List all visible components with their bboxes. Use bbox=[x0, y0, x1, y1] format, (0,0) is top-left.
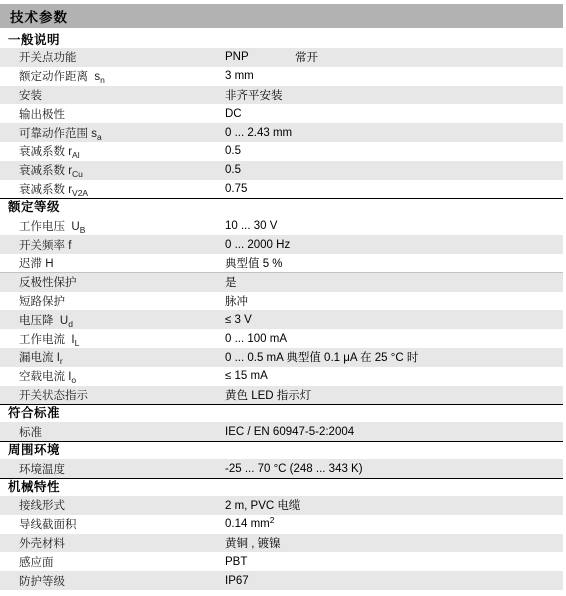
spec-value: IEC / EN 60947-5-2:2004 bbox=[225, 426, 354, 438]
spec-value-secondary: 常开 bbox=[295, 49, 318, 65]
spec-label: 开关状态指示 bbox=[0, 387, 225, 403]
section-header: 机械特性 bbox=[0, 478, 563, 496]
spec-section: 机械特性接线形式2 m, PVC 电缆导线截面积0.14 mm2外壳材料黄铜 ,… bbox=[0, 478, 566, 590]
spec-row: 工作电流 IL0 ... 100 mA bbox=[0, 329, 563, 348]
spec-row: 反极性保护是 bbox=[0, 273, 563, 292]
spec-value: 0 ... 2000 Hz bbox=[225, 239, 290, 251]
spec-label-text: 导线截面积 bbox=[19, 519, 77, 531]
spec-row: 标准IEC / EN 60947-5-2:2004 bbox=[0, 422, 563, 441]
spec-label-text: 外壳材料 bbox=[19, 538, 65, 550]
spec-value: 0.5 bbox=[225, 164, 241, 176]
spec-label-text: 感应面 bbox=[19, 557, 54, 569]
spec-label-text: 衰减系数 r bbox=[19, 165, 72, 177]
spec-row: 开关频率 f0 ... 2000 Hz bbox=[0, 235, 563, 254]
spec-label: 导线截面积 bbox=[0, 516, 225, 532]
spec-value: ≤ 3 V bbox=[225, 314, 252, 326]
spec-label-text: 安装 bbox=[19, 90, 42, 102]
spec-label-text: 迟滞 H bbox=[19, 258, 54, 270]
spec-value: 0.5 bbox=[225, 145, 241, 157]
spec-row: 环境温度-25 ... 70 °C (248 ... 343 K) bbox=[0, 459, 563, 478]
spec-label: 感应面 bbox=[0, 554, 225, 570]
spec-label: 标准 bbox=[0, 424, 225, 440]
spec-row: 可靠动作范围 sa0 ... 2.43 mm bbox=[0, 123, 563, 142]
spec-label: 工作电流 IL bbox=[0, 331, 225, 347]
spec-label-subscript: B bbox=[80, 225, 86, 234]
spec-row: 短路保护脉冲 bbox=[0, 292, 563, 311]
spec-row: 衰减系数 rCu0.5 bbox=[0, 161, 563, 180]
spec-row: 输出极性DC bbox=[0, 104, 563, 123]
spec-label: 衰减系数 rCu bbox=[0, 162, 225, 178]
spec-value: 脉冲 bbox=[225, 293, 248, 309]
spec-label-text: 可靠动作范围 s bbox=[19, 128, 97, 140]
spec-label: 迟滞 H bbox=[0, 255, 225, 271]
spec-value: 0 ... 100 mA bbox=[225, 333, 287, 345]
spec-label-subscript: d bbox=[68, 319, 73, 328]
spec-label: 衰减系数 rAl bbox=[0, 143, 225, 159]
spec-label: 漏电流 Ir bbox=[0, 349, 225, 365]
spec-label-text: 额定动作距离 s bbox=[19, 71, 100, 83]
spec-label-text: 开关点功能 bbox=[19, 52, 77, 64]
spec-value: 2 m, PVC 电缆 bbox=[225, 497, 300, 513]
spec-value: 非齐平安装 bbox=[225, 87, 283, 103]
spec-value: 3 mm bbox=[225, 70, 254, 82]
spec-row: 衰减系数 rV2A0.75 bbox=[0, 180, 563, 199]
spec-row: 空载电流 Io≤ 15 mA bbox=[0, 367, 563, 386]
spec-label-text: 开关状态指示 bbox=[19, 390, 88, 402]
spec-value: 是 bbox=[225, 274, 237, 290]
spec-row: 电压降 Ud≤ 3 V bbox=[0, 310, 563, 329]
spec-label: 短路保护 bbox=[0, 293, 225, 309]
spec-label: 防护等级 bbox=[0, 573, 225, 589]
spec-value: PBT bbox=[225, 556, 247, 568]
spec-label-text: 衰减系数 r bbox=[19, 146, 72, 158]
spec-value: -25 ... 70 °C (248 ... 343 K) bbox=[225, 463, 363, 475]
spec-row: 防护等级IP67 bbox=[0, 571, 563, 590]
spec-label-subscript: Cu bbox=[72, 169, 83, 178]
spec-label: 接线形式 bbox=[0, 497, 225, 513]
spec-row: 导线截面积0.14 mm2 bbox=[0, 515, 563, 534]
spec-value: 黄色 LED 指示灯 bbox=[225, 387, 311, 403]
spec-label-subscript: V2A bbox=[72, 188, 88, 197]
spec-value: ≤ 15 mA bbox=[225, 370, 268, 382]
spec-label: 外壳材料 bbox=[0, 535, 225, 551]
spec-label: 空载电流 Io bbox=[0, 368, 225, 384]
spec-value: 0.75 bbox=[225, 183, 247, 195]
spec-label: 额定动作距离 sn bbox=[0, 68, 225, 84]
spec-row: 工作电压 UB10 ... 30 V bbox=[0, 216, 563, 235]
spec-value: 典型值 5 % bbox=[225, 255, 283, 271]
spec-label-text: 电压降 U bbox=[19, 315, 68, 327]
spec-value: 黄铜 , 镀镍 bbox=[225, 535, 281, 551]
spec-value: 10 ... 30 V bbox=[225, 220, 277, 232]
spec-label-text: 防护等级 bbox=[19, 576, 65, 588]
spec-value: 0 ... 2.43 mm bbox=[225, 127, 292, 139]
spec-label-text: 反极性保护 bbox=[19, 277, 77, 289]
spec-label: 工作电压 UB bbox=[0, 218, 225, 234]
spec-label-subscript: a bbox=[97, 132, 102, 141]
spec-value-superscript: 2 bbox=[270, 515, 275, 525]
spec-label-subscript: n bbox=[100, 75, 105, 84]
spec-label: 输出极性 bbox=[0, 106, 225, 122]
spec-label-text: 空载电流 I bbox=[19, 371, 71, 383]
spec-label-text: 接线形式 bbox=[19, 500, 65, 512]
spec-row: 衰减系数 rAl0.5 bbox=[0, 142, 563, 161]
spec-row: 接线形式2 m, PVC 电缆 bbox=[0, 496, 563, 515]
section-header: 一般说明 bbox=[0, 33, 563, 48]
spec-label: 开关频率 f bbox=[0, 237, 225, 253]
spec-label-text: 工作电流 I bbox=[19, 334, 75, 346]
spec-value: 0 ... 0.5 mA 典型值 0.1 μA 在 25 °C 时 bbox=[225, 349, 418, 365]
spec-label: 开关点功能 bbox=[0, 49, 225, 65]
spec-row: 外壳材料黄铜 , 镀镍 bbox=[0, 534, 563, 553]
spec-label: 可靠动作范围 sa bbox=[0, 125, 225, 141]
spec-label-subscript: r bbox=[60, 356, 63, 365]
spec-row: 迟滞 H典型值 5 % bbox=[0, 254, 563, 273]
spec-label: 反极性保护 bbox=[0, 274, 225, 290]
spec-section: 符合标准标准IEC / EN 60947-5-2:2004 bbox=[0, 404, 566, 441]
spec-row: 开关点功能PNP常开 bbox=[0, 48, 563, 67]
spec-label-text: 衰减系数 r bbox=[19, 184, 72, 196]
spec-label-text: 环境温度 bbox=[19, 464, 65, 476]
spec-label: 环境温度 bbox=[0, 461, 225, 477]
spec-label-text: 短路保护 bbox=[19, 296, 65, 308]
section-header: 周围环境 bbox=[0, 441, 563, 459]
spec-row: 漏电流 Ir0 ... 0.5 mA 典型值 0.1 μA 在 25 °C 时 bbox=[0, 348, 563, 367]
page-title: 技术参数 bbox=[10, 6, 68, 26]
spec-section: 周围环境环境温度-25 ... 70 °C (248 ... 343 K) bbox=[0, 441, 566, 478]
spec-label-subscript: Al bbox=[72, 150, 80, 159]
spec-label-subscript: L bbox=[75, 338, 80, 347]
title-band: 技术参数 bbox=[0, 4, 563, 28]
spec-label: 电压降 Ud bbox=[0, 312, 225, 328]
spec-section: 额定等级工作电压 UB10 ... 30 V开关频率 f0 ... 2000 H… bbox=[0, 198, 566, 404]
spec-value: PNP bbox=[225, 51, 295, 63]
spec-label-subscript: o bbox=[71, 375, 76, 384]
spec-value: 0.14 mm bbox=[225, 518, 270, 530]
spec-label: 衰减系数 rV2A bbox=[0, 181, 225, 197]
spec-label: 安装 bbox=[0, 87, 225, 103]
spec-row: 额定动作距离 sn3 mm bbox=[0, 67, 563, 86]
spec-label-text: 开关频率 f bbox=[19, 240, 71, 252]
spec-sections: 一般说明开关点功能PNP常开额定动作距离 sn3 mm安装非齐平安装输出极性DC… bbox=[0, 33, 566, 590]
spec-row: 开关状态指示黄色 LED 指示灯 bbox=[0, 386, 563, 405]
spec-label-text: 工作电压 U bbox=[19, 221, 80, 233]
spec-value: IP67 bbox=[225, 575, 249, 587]
spec-label-text: 标准 bbox=[19, 427, 42, 439]
spec-row: 安装非齐平安装 bbox=[0, 86, 563, 105]
spec-row: 感应面PBT bbox=[0, 552, 563, 571]
spec-label-text: 输出极性 bbox=[19, 109, 65, 121]
spec-value: DC bbox=[225, 108, 242, 120]
datasheet-page: 技术参数 一般说明开关点功能PNP常开额定动作距离 sn3 mm安装非齐平安装输… bbox=[0, 0, 566, 596]
section-header: 符合标准 bbox=[0, 404, 563, 422]
spec-label-text: 漏电流 I bbox=[19, 352, 60, 364]
section-header: 额定等级 bbox=[0, 198, 563, 216]
spec-section: 一般说明开关点功能PNP常开额定动作距离 sn3 mm安装非齐平安装输出极性DC… bbox=[0, 33, 566, 198]
